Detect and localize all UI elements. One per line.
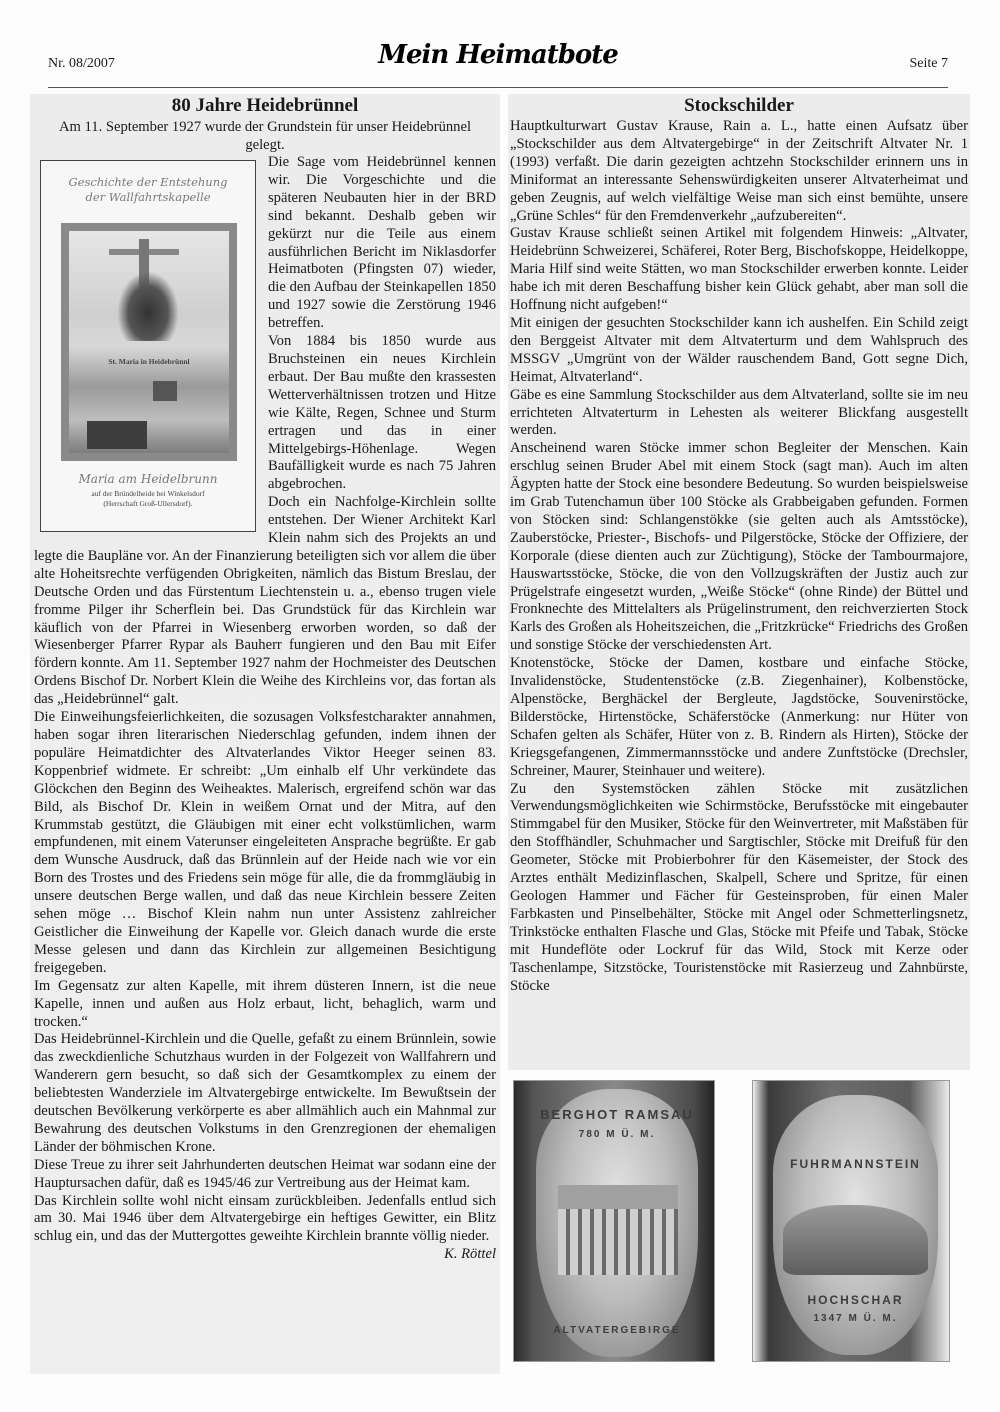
hut-building — [87, 421, 147, 449]
figure-script-caption: Maria am Heidelbrunn — [41, 471, 255, 489]
badge-photo-fuhrmannstein: FUHRMANNSTEIN HOCHSCHAR 1347 M Ü. M. — [752, 1080, 950, 1362]
badge-bottom-text: HOCHSCHAR — [773, 1293, 938, 1307]
paragraph: Diese Treue zu ihrer seit Jahrhunderten … — [34, 1157, 496, 1193]
badge-bottom-text: ALTVATERGEBIRGE — [536, 1325, 698, 1336]
paragraph: Zu den Systemstöcken zählen Stöcke mit z… — [510, 781, 968, 996]
right-article: Stockschilder Hauptkulturwart Gustav Kra… — [508, 94, 970, 1070]
chapel-illustration: St. Maria in Heidebrünnl — [61, 223, 237, 461]
issue-number: Nr. 08/2007 — [48, 56, 115, 72]
paragraph: Im Gegensatz zur alten Kapelle, mit ihre… — [34, 978, 496, 1032]
author-signature: K. Röttel — [444, 1246, 496, 1264]
badge-shield: FUHRMANNSTEIN HOCHSCHAR 1347 M Ü. M. — [773, 1095, 938, 1355]
paragraph: Mit einigen der gesuchten Stockschilder … — [510, 315, 968, 387]
paragraph: Das Heidebrünnel-Kirchlein und die Quell… — [34, 1031, 496, 1156]
rock-landscape-relief — [783, 1205, 928, 1275]
badge-top-text: FUHRMANNSTEIN — [773, 1157, 938, 1171]
illustration-caption: St. Maria in Heidebrünnl — [69, 353, 229, 371]
left-article-body: Geschichte der Entstehung der Wallfahrts… — [34, 154, 496, 1246]
stick-badge-photos: BERGHOT RAMSAU 780 M Ü. M. ALTVATERGEBIR… — [512, 1080, 952, 1366]
page-number: Seite 7 — [910, 56, 949, 72]
page-header: Nr. 08/2007 Mein Heimatbote Seite 7 — [48, 48, 948, 88]
right-article-title: Stockschilder — [510, 94, 968, 118]
paragraph: Die Einweihungsfeierlichkeiten, die sozu… — [34, 709, 496, 978]
left-article-lead: Am 11. September 1927 wurde der Grundste… — [34, 118, 496, 154]
paragraph: Das Kirchlein sollte wohl nicht einsam z… — [34, 1193, 496, 1247]
masthead-logo: Mein Heimatbote — [378, 40, 618, 70]
paragraph-text: Das Kirchlein sollte wohl nicht einsam z… — [34, 1193, 496, 1245]
badge-elevation: 1347 M Ü. M. — [773, 1313, 938, 1324]
figure-title: Geschichte der Entstehung der Wallfahrts… — [41, 175, 255, 205]
badge-photo-berghof-ramsau: BERGHOT RAMSAU 780 M Ü. M. ALTVATERGEBIR… — [513, 1080, 715, 1362]
badge-top-text: BERGHOT RAMSAU — [536, 1107, 698, 1122]
figure-sub-caption: auf der Bründelheide bei Winkelsdorf — [41, 489, 255, 499]
chapel-building — [153, 381, 177, 401]
paragraph: Gustav Krause schließt seinen Artikel mi… — [510, 225, 968, 315]
badge-shield: BERGHOT RAMSAU 780 M Ü. M. ALTVATERGEBIR… — [536, 1089, 698, 1357]
left-article: 80 Jahre Heidebrünnel Am 11. September 1… — [30, 94, 500, 1374]
chapel-booklet-image: Geschichte der Entstehung der Wallfahrts… — [40, 160, 256, 532]
paragraph: Anscheinend waren Stöcke immer schon Beg… — [510, 440, 968, 655]
figure-title-line: der Wallfahrtskapelle — [41, 190, 255, 205]
inn-building-relief — [558, 1185, 678, 1275]
badge-elevation: 780 M Ü. M. — [536, 1129, 698, 1140]
pieta-figure — [117, 271, 179, 341]
figure-caption: Maria am Heidelbrunn auf der Bründelheid… — [41, 471, 255, 509]
figure-title-line: Geschichte der Entstehung — [41, 175, 255, 190]
right-article-body: Hauptkulturwart Gustav Krause, Rain a. L… — [510, 118, 968, 995]
paragraph: Knotenstöcke, Stöcke der Damen, kostbare… — [510, 655, 968, 780]
paragraph: Hauptkulturwart Gustav Krause, Rain a. L… — [510, 118, 968, 225]
left-article-title: 80 Jahre Heidebrünnel — [34, 94, 496, 118]
figure-sub-caption: (Herrschaft Groß-Ullersdorf). — [41, 499, 255, 509]
paragraph: Gäbe es eine Sammlung Stockschilder aus … — [510, 387, 968, 441]
